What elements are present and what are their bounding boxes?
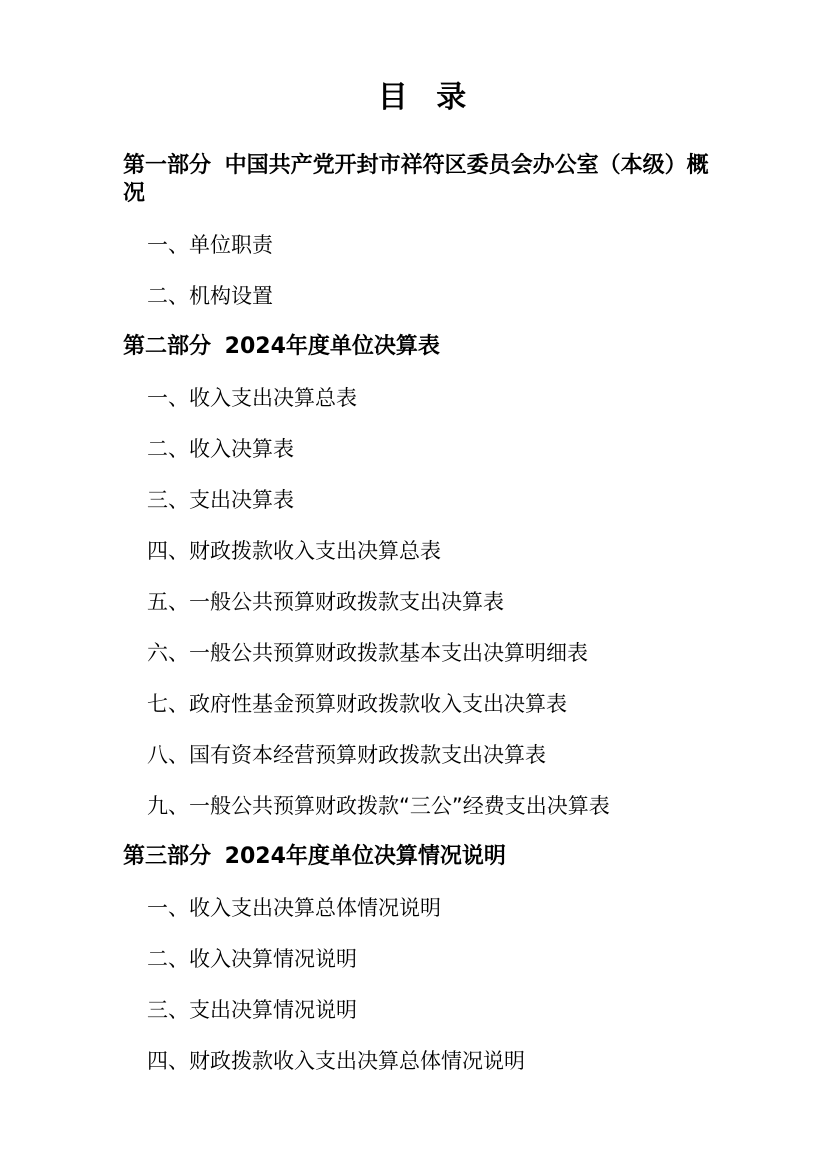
section-1: 第一部分 中国共产党开封市祥符区委员会办公室（本级）概况 一、单位职责 二、机构… [123, 152, 723, 310]
toc-item: 五、一般公共预算财政拨款支出决算表 [147, 588, 723, 616]
section-1-heading: 第一部分 中国共产党开封市祥符区委员会办公室（本级）概况 [123, 152, 723, 208]
toc-item: 一、收入支出决算总体情况说明 [147, 894, 723, 922]
toc-item: 七、政府性基金预算财政拨款收入支出决算表 [147, 690, 723, 718]
toc-item: 一、收入支出决算总表 [147, 384, 723, 412]
toc-item: 三、支出决算表 [147, 486, 723, 514]
toc-item: 八、国有资本经营预算财政拨款支出决算表 [147, 741, 723, 769]
toc-content: 目 录 第一部分 中国共产党开封市祥符区委员会办公室（本级）概况 一、单位职责 … [0, 0, 826, 1169]
section-3-heading: 第三部分 2024年度单位决算情况说明 [123, 843, 723, 871]
document-page: 目 录 第一部分 中国共产党开封市祥符区委员会办公室（本级）概况 一、单位职责 … [0, 0, 826, 1169]
section-3: 第三部分 2024年度单位决算情况说明 一、收入支出决算总体情况说明 二、收入决… [123, 843, 723, 1075]
toc-item: 二、机构设置 [147, 282, 723, 310]
section-2: 第二部分 2024年度单位决算表 一、收入支出决算总表 二、收入决算表 三、支出… [123, 333, 723, 820]
toc-item: 六、一般公共预算财政拨款基本支出决算明细表 [147, 639, 723, 667]
toc-item: 二、收入决算表 [147, 435, 723, 463]
toc-item: 三、支出决算情况说明 [147, 996, 723, 1024]
page-title: 目 录 [123, 80, 723, 116]
toc-item: 四、财政拨款收入支出决算总表 [147, 537, 723, 565]
toc-item: 一、单位职责 [147, 231, 723, 259]
section-2-heading: 第二部分 2024年度单位决算表 [123, 333, 723, 361]
toc-item: 九、一般公共预算财政拨款“三公”经费支出决算表 [147, 792, 723, 820]
toc-item: 二、收入决算情况说明 [147, 945, 723, 973]
toc-item: 四、财政拨款收入支出决算总体情况说明 [147, 1047, 723, 1075]
